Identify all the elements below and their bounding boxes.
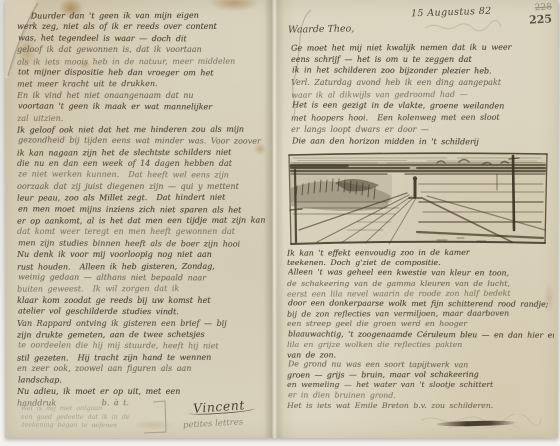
handwritten-line: men zijn studies binnen heeft als de boe…: [18, 237, 272, 250]
handwritten-line: zal uitzien.: [17, 113, 271, 124]
handwritten-line: Duurder dan 't geen ik van mijn eigen: [17, 9, 271, 21]
right-page-text-top: Ge moet het mij niet kwalijk nemen dat i…: [291, 42, 553, 147]
pencil-annotation: Wel is mij niet ontgaaneen goed gedeelte…: [21, 405, 151, 431]
handwritten-line: ik kan nagaan zijn het de slechtste schi…: [17, 146, 271, 158]
letter-page-right: 15 Augustus 82 228 225 Waarde Theo, Ge m…: [273, 0, 558, 438]
handwritten-line: Ik kan 't effekt eenvoudig zoo in de kam…: [287, 247, 553, 258]
pencil-scribble: [423, 20, 503, 32]
greeting: Waarde Theo,: [288, 23, 355, 35]
ink-smudge: [437, 420, 515, 427]
handwritten-line: Nu denk ik voor mij voorloopig nog niet …: [17, 249, 271, 260]
page-number: 225: [529, 13, 553, 25]
handwritten-line: oorzaak dat zij juist diegenen zijn — qu…: [17, 181, 271, 192]
handwritten-line: buiten geweest. Ik wil zorgen dat ik: [17, 283, 271, 295]
handwritten-line: was, het tegendeel is waar — doch dit: [18, 32, 272, 45]
handwritten-line: ik in het schilderen zoo bijzonder plezi…: [292, 65, 554, 78]
letter-date: 15 Augustus 82: [411, 6, 492, 20]
handwritten-line: Wel is mij niet ontgaan: [21, 405, 151, 414]
handwritten-line: Ge moet het mij niet kwalijk nemen dat i…: [291, 41, 553, 54]
landscape-sketch: [287, 150, 549, 246]
handwritten-line: er langs loopt dwars er door —: [291, 124, 553, 136]
handwritten-line: Verl. Zaturdag avond heb ik een ding aan…: [291, 77, 553, 89]
handwritten-line: Het is iets wat Emile Breton b.v. zou sc…: [287, 401, 553, 411]
page-number-block: 228 225: [529, 3, 552, 25]
handwritten-line: Alleen 't was geheel een kwestie van kle…: [288, 268, 554, 280]
letter-scan: Duurder dan 't geen ik van mijn eigenwer…: [0, 0, 560, 446]
handwritten-line: en zeer ook, zoowel aan figuren als aan: [17, 363, 271, 374]
handwritten-line: Nu adieu, ik moet er op uit, met een: [17, 386, 271, 397]
left-page-text: Duurder dan 't geen ik van mijn eigenwer…: [17, 10, 271, 409]
handwritten-line: leur peau, zoo als Millet zegt. Dat hind…: [17, 192, 271, 204]
signature: Vincent: [193, 397, 246, 416]
handwritten-line: werk zeg, niet als of ik er reeds over c…: [17, 21, 271, 32]
handwritten-line: te oordeelen die hij mij stuurde, heeft …: [18, 340, 272, 353]
handwritten-line: groen — grijs — bruin, maar vol schakeer…: [287, 370, 553, 381]
handwritten-line: ze niet werken kunnen. Dat heeft wel een…: [18, 169, 272, 182]
handwritten-line: er op aankomt, al is het dat men een tij…: [17, 214, 271, 226]
handwritten-line: dat komt weer teregt en men heeft gewonn…: [17, 226, 271, 237]
handwritten-line: de schakeering van de gamma kleuren van …: [287, 279, 553, 289]
letter-page-left: Duurder dan 't geen ik van mijn eigenwer…: [5, 0, 273, 438]
handwritten-line: en wemeling — het water van 't slootje s…: [287, 380, 553, 390]
handwritten-line: Die aan den horizon midden in 't schilde…: [292, 135, 554, 148]
handwritten-line: met meer kracht uit te drukken.: [17, 78, 271, 90]
handwritten-line: met hoopers hooi. Een kolenweg met een s…: [291, 112, 553, 125]
handwritten-line: geloof ik dat gewonnen is, dat ik voorta…: [17, 44, 271, 55]
handwritten-line: lila en grijze wolken die reflecties pak…: [287, 340, 553, 350]
handwritten-line: een streep geel die groen werd en hooger: [287, 319, 553, 329]
handwritten-line: landschap.: [18, 374, 272, 387]
handwritten-line: atelier vol geschilderde studies vindt.: [18, 305, 272, 318]
handwritten-line: er in dien bruinen grond.: [288, 390, 554, 402]
handwritten-line: voortaan 't geen ik maak er wat mannelij…: [18, 100, 272, 113]
handwritten-line: gezondheid bij tijden eens wat minder wa…: [18, 135, 272, 148]
letter-sheet: Duurder dan 't geen ik van mijn eigenwer…: [5, 0, 558, 438]
handwritten-line: Van Rappard ontving ik gisteren een brie…: [17, 318, 271, 329]
handwritten-line: klaar kom zoodat ge reeds bij uw komst h…: [17, 295, 271, 306]
right-page-text-bottom: Ik kan 't effekt eenvoudig zoo in de kam…: [287, 248, 553, 411]
handwritten-line: blaauwachtig, 't zoogenaamde Céruleum bl…: [288, 329, 554, 341]
handwritten-line: En ik vind het niet onaangenaam dat nu: [17, 90, 271, 101]
archival-note: petites lettres: [183, 417, 244, 430]
handwritten-line: bij de zon reflecties van vermiljoen, ma…: [287, 309, 553, 320]
handwritten-line: stil gezeten. Hij tracht zijn hand te we…: [17, 351, 271, 363]
handwritten-line: teekening begon te oefenen: [22, 422, 152, 431]
